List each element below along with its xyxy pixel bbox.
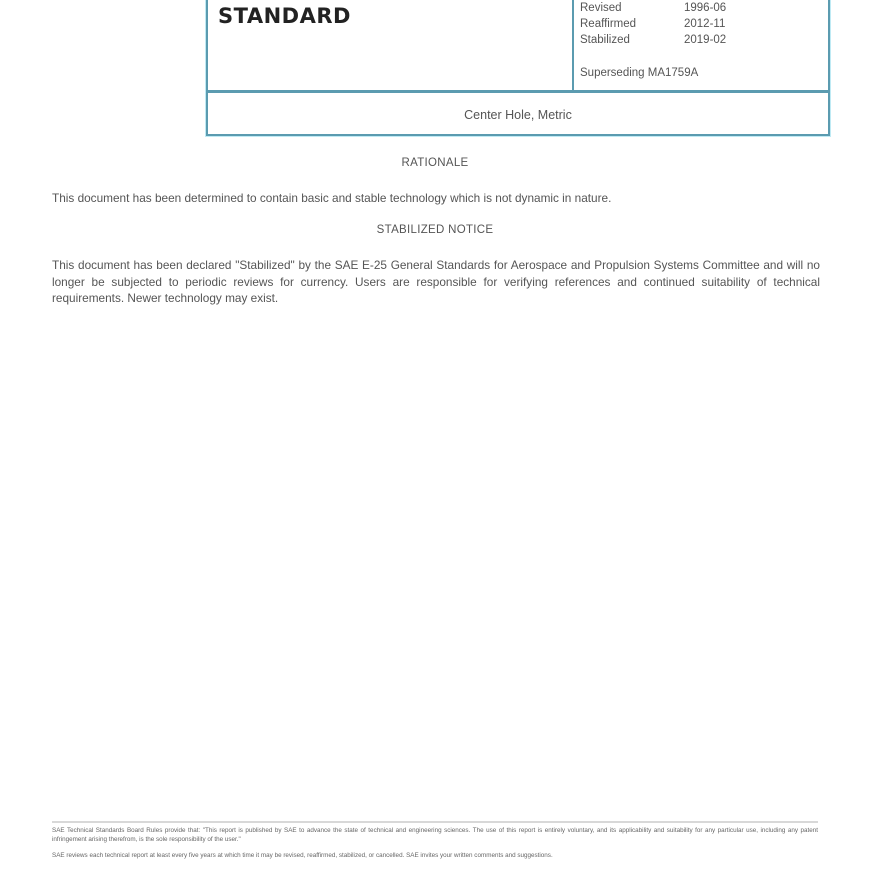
document-header-box: STANDARD Revised1996-06 Reaffirmed2012-1… bbox=[206, 0, 830, 136]
date-label: Stabilized bbox=[580, 34, 684, 46]
superseding-note: Superseding MA1759A bbox=[580, 67, 698, 79]
date-value: 1996-06 bbox=[684, 2, 726, 14]
stabilized-notice-heading: STABILIZED NOTICE bbox=[0, 224, 870, 236]
footer-review-note: SAE reviews each technical report at lea… bbox=[52, 852, 818, 861]
date-value: 2012-11 bbox=[684, 18, 725, 30]
document-subject: Center Hole, Metric bbox=[208, 90, 828, 137]
date-reaffirmed: Reaffirmed2012-11 bbox=[580, 18, 725, 30]
footer-divider bbox=[52, 821, 818, 823]
dates-cell: Revised1996-06 Reaffirmed2012-11 Stabili… bbox=[574, 0, 828, 90]
document-type: STANDARD bbox=[218, 4, 351, 28]
rationale-text: This document has been determined to con… bbox=[52, 190, 820, 207]
title-cell: STANDARD bbox=[208, 0, 574, 90]
date-label: Revised bbox=[580, 2, 684, 14]
footer-disclaimer: SAE Technical Standards Board Rules prov… bbox=[52, 827, 818, 844]
date-revised: Revised1996-06 bbox=[580, 2, 726, 14]
rationale-heading: RATIONALE bbox=[0, 157, 870, 169]
date-label: Reaffirmed bbox=[580, 18, 684, 30]
date-stabilized: Stabilized2019-02 bbox=[580, 34, 726, 46]
date-value: 2019-02 bbox=[684, 34, 726, 46]
stabilized-notice-text: This document has been declared "Stabili… bbox=[52, 257, 820, 307]
